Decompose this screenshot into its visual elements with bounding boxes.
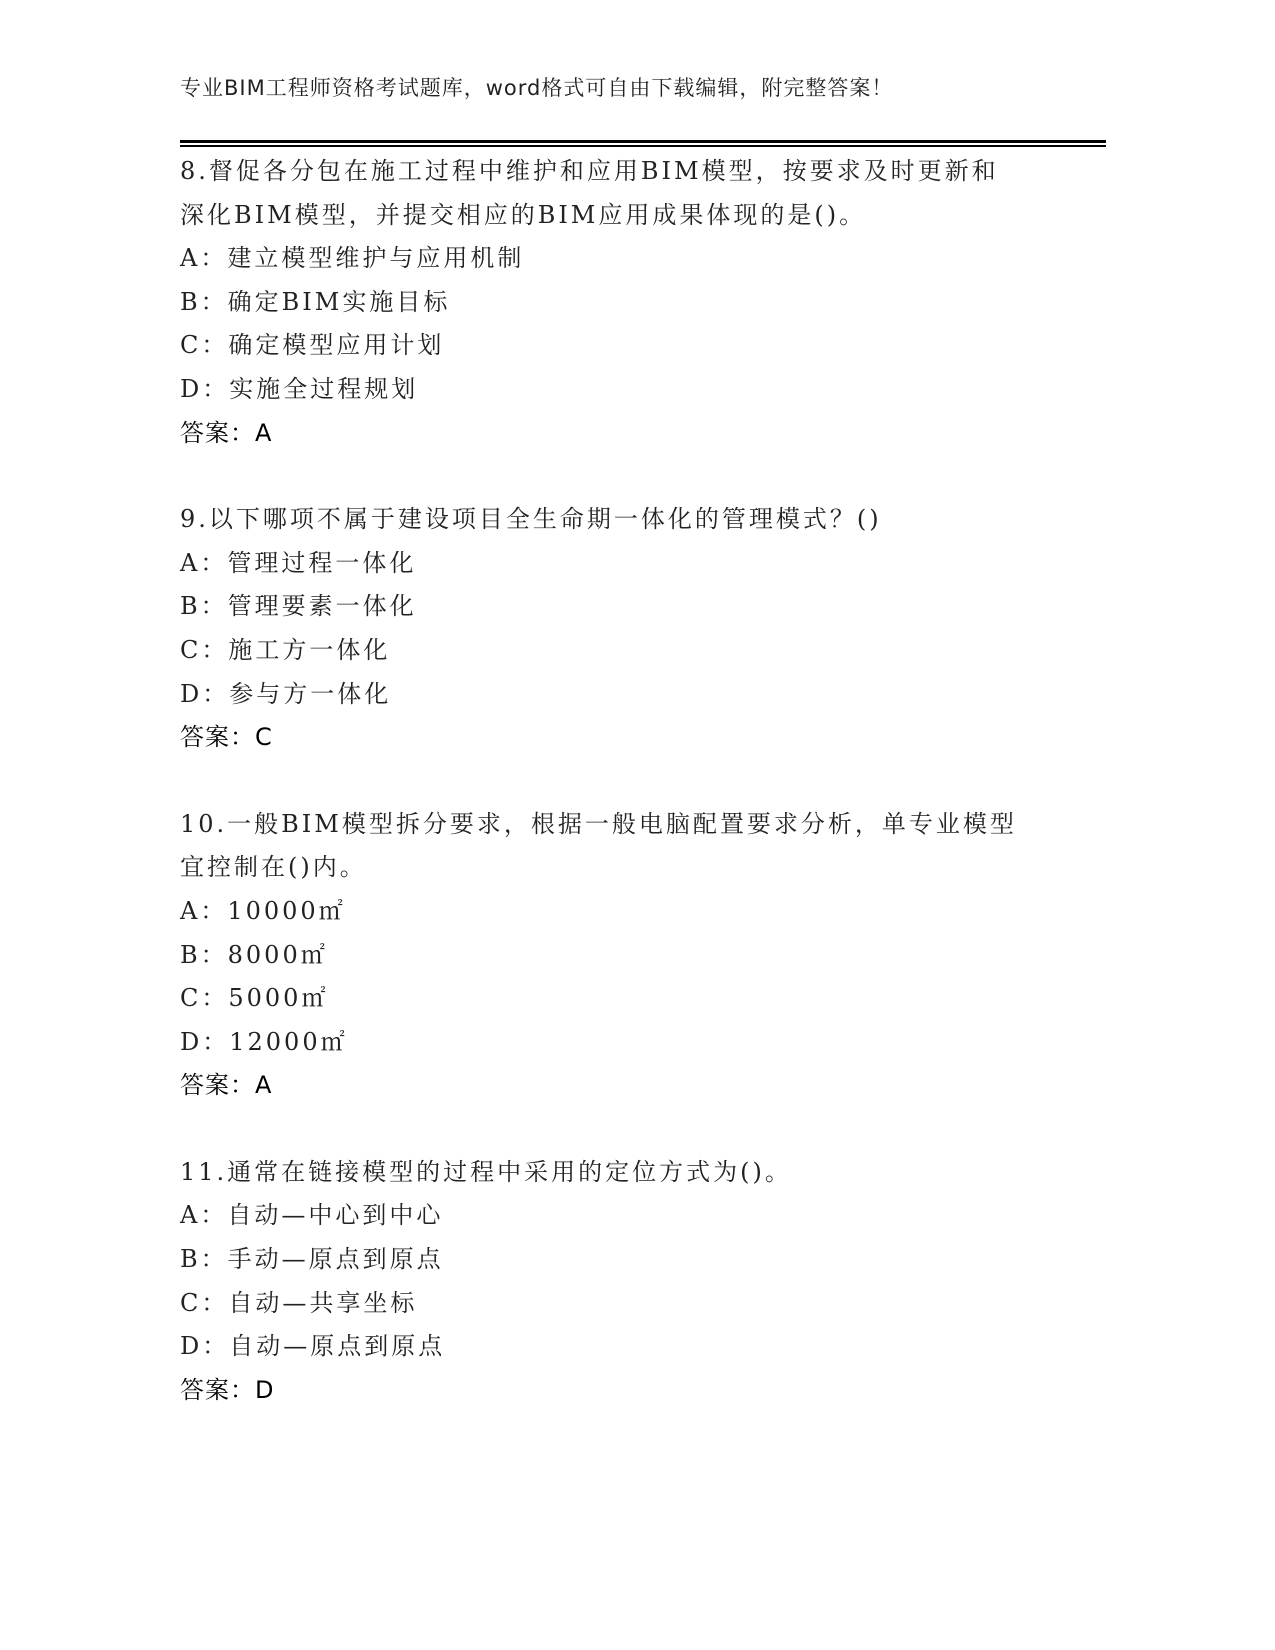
answer: 答案：D: [180, 1369, 1080, 1413]
option-d: D：自动—原点到原点: [180, 1325, 1080, 1369]
answer: 答案：A: [180, 412, 1080, 456]
option-c: C：施工方一体化: [180, 629, 1080, 673]
option-a: A：管理过程一体化: [180, 542, 1080, 586]
question-stem: 8.督促各分包在施工过程中维护和应用BIM模型，按要求及时更新和: [180, 150, 1080, 194]
header-rule-thick: [180, 140, 1106, 143]
option-a: A：自动—中心到中心: [180, 1194, 1080, 1238]
option-a: A：10000㎡: [180, 890, 1080, 934]
option-d: D：12000㎡: [180, 1021, 1080, 1065]
answer: 答案：C: [180, 716, 1080, 760]
question-9: 9.以下哪项不属于建设项目全生命期一体化的管理模式？() A：管理过程一体化 B…: [180, 498, 1080, 760]
option-c: C：确定模型应用计划: [180, 324, 1080, 368]
option-c: C：5000㎡: [180, 977, 1080, 1021]
question-10: 10.一般BIM模型拆分要求，根据一般电脑配置要求分析，单专业模型 宜控制在()…: [180, 803, 1080, 1108]
question-stem: 10.一般BIM模型拆分要求，根据一般电脑配置要求分析，单专业模型: [180, 803, 1080, 847]
option-d: D：实施全过程规划: [180, 368, 1080, 412]
question-stem: 11.通常在链接模型的过程中采用的定位方式为()。: [180, 1151, 1080, 1195]
option-b: B：手动—原点到原点: [180, 1238, 1080, 1282]
option-c: C：自动—共享坐标: [180, 1282, 1080, 1326]
question-stem: 宜控制在()内。: [180, 846, 1080, 890]
question-stem: 9.以下哪项不属于建设项目全生命期一体化的管理模式？(): [180, 498, 1080, 542]
option-b: B：8000㎡: [180, 934, 1080, 978]
option-b: B：管理要素一体化: [180, 585, 1080, 629]
header-rule-thin: [180, 145, 1106, 147]
question-8: 8.督促各分包在施工过程中维护和应用BIM模型，按要求及时更新和 深化BIM模型…: [180, 150, 1080, 455]
option-d: D：参与方一体化: [180, 673, 1080, 717]
question-stem: 深化BIM模型，并提交相应的BIM应用成果体现的是()。: [180, 194, 1080, 238]
option-a: A：建立模型维护与应用机制: [180, 237, 1080, 281]
question-11: 11.通常在链接模型的过程中采用的定位方式为()。 A：自动—中心到中心 B：手…: [180, 1151, 1080, 1413]
answer: 答案：A: [180, 1064, 1080, 1108]
page-header: 专业BIM工程师资格考试题库，word格式可自由下载编辑，附完整答案！: [180, 72, 893, 102]
option-b: B：确定BIM实施目标: [180, 281, 1080, 325]
question-list: 8.督促各分包在施工过程中维护和应用BIM模型，按要求及时更新和 深化BIM模型…: [180, 150, 1080, 1455]
